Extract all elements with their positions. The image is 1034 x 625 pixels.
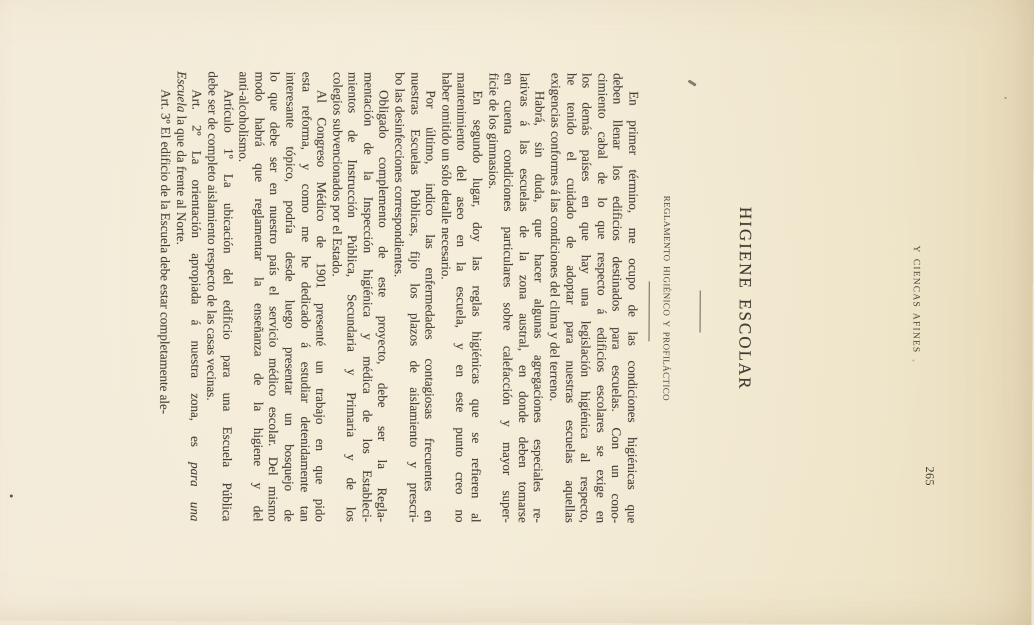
body-line: Artículo 1º La ubicación del edificio pa… <box>219 71 237 521</box>
book-page: 265 Y CIENCAS AFINES HIGIENE ESCOLAR REG… <box>0 0 1034 625</box>
body-line: interesante tópico, podría desde luego p… <box>281 72 299 522</box>
body-line: ficie de los gimnasios. <box>484 73 502 523</box>
body-line: nuestras Escuelas Públicas, fijo los pla… <box>406 72 424 522</box>
scanned-page-canvas: 265 Y CIENCAS AFINES HIGIENE ESCOLAR REG… <box>0 0 1034 625</box>
body-paragraph: Habrá, sin duda, que hacer algunas agreg… <box>484 73 548 523</box>
body-line: Art. 3º El edificio de la Escuela debe e… <box>156 71 174 521</box>
body-line: los demás países en que hay una legislac… <box>577 73 595 523</box>
body-paragraph: Art. 3º El edificio de la Escuela debe e… <box>156 71 174 521</box>
body-paragraph: En primer término, me ocupo de las condi… <box>546 73 642 523</box>
body-paragraph: Artículo 1º La ubicación del edificio pa… <box>203 71 236 521</box>
page-number: 265 <box>922 467 937 487</box>
body-line: esta reforma, y como me he dedicado á es… <box>297 72 315 522</box>
paper-speck <box>1005 97 1007 99</box>
body-line: Escuela la que da frente al Norte. <box>172 71 190 521</box>
body-line: Obligado complemento de este proyecto, d… <box>375 72 393 522</box>
body-line: Habrá, sin duda, que hacer algunas agreg… <box>531 73 549 523</box>
body-line: mentación de la Inspección higiénica y m… <box>359 72 377 522</box>
article-subtitle: REGLAMENTO HIGIÉNICO Y PROFILÁCTICO <box>661 73 673 523</box>
body-line: mantenimiento del aseo en la escuela, y … <box>453 72 471 522</box>
paper-speck <box>912 359 914 361</box>
body-line: mientos de Instrucción Pública, Secundar… <box>343 72 361 522</box>
body-line: he tenido el cuidado de adoptar para nue… <box>562 73 580 523</box>
body-paragraph: Por último, indico las enfermedades cont… <box>390 72 439 522</box>
body-line: lo que debe ser en nuestro país el servi… <box>265 72 283 522</box>
running-header: Y CIENCAS AFINES <box>910 74 922 524</box>
body-line: lativas á las escuelas de la zona austra… <box>515 73 533 523</box>
body-line: modo habrá que reglamentar la enseñanza … <box>250 72 268 522</box>
paper-speck <box>688 79 697 86</box>
body-line: Por último, indico las enfermedades cont… <box>421 72 439 522</box>
body-paragraph: En segundo lugar, doy las reglas higiéni… <box>437 72 486 522</box>
body-line: Art. 2º La orientación apropiada á nuest… <box>187 71 205 521</box>
subtitle-divider-rule <box>649 281 650 341</box>
paper-speck <box>10 495 13 498</box>
body-line: deben llenar los edificios destinados pa… <box>609 73 627 523</box>
article-title: HIGIENE ESCOLAR <box>734 74 756 524</box>
body-line: cimiento cabal de lo que respecto á edif… <box>593 73 611 523</box>
body-paragraph: Art. 2º La orientación apropiada á nuest… <box>172 71 205 521</box>
body-line: en cuenta condiciones particulares sobre… <box>499 73 517 523</box>
body-line: Al Congreso Médico de 1901 presenté un t… <box>312 72 330 522</box>
body-paragraph: Al Congreso Médico de 1901 presenté un t… <box>234 72 330 522</box>
body-line: colegios subvencionados por el Estado. <box>328 72 346 522</box>
body-line: En segundo lugar, doy las reglas higiéni… <box>468 73 486 523</box>
body-line: haber omitido un sólo detalle necesario. <box>437 72 455 522</box>
body-paragraph: Obligado complemento de este proyecto, d… <box>328 72 392 522</box>
body-text: En primer término, me ocupo de las condi… <box>156 71 641 523</box>
body-line: En primer término, me ocupo de las condi… <box>624 73 642 523</box>
title-divider-rule <box>700 290 701 332</box>
